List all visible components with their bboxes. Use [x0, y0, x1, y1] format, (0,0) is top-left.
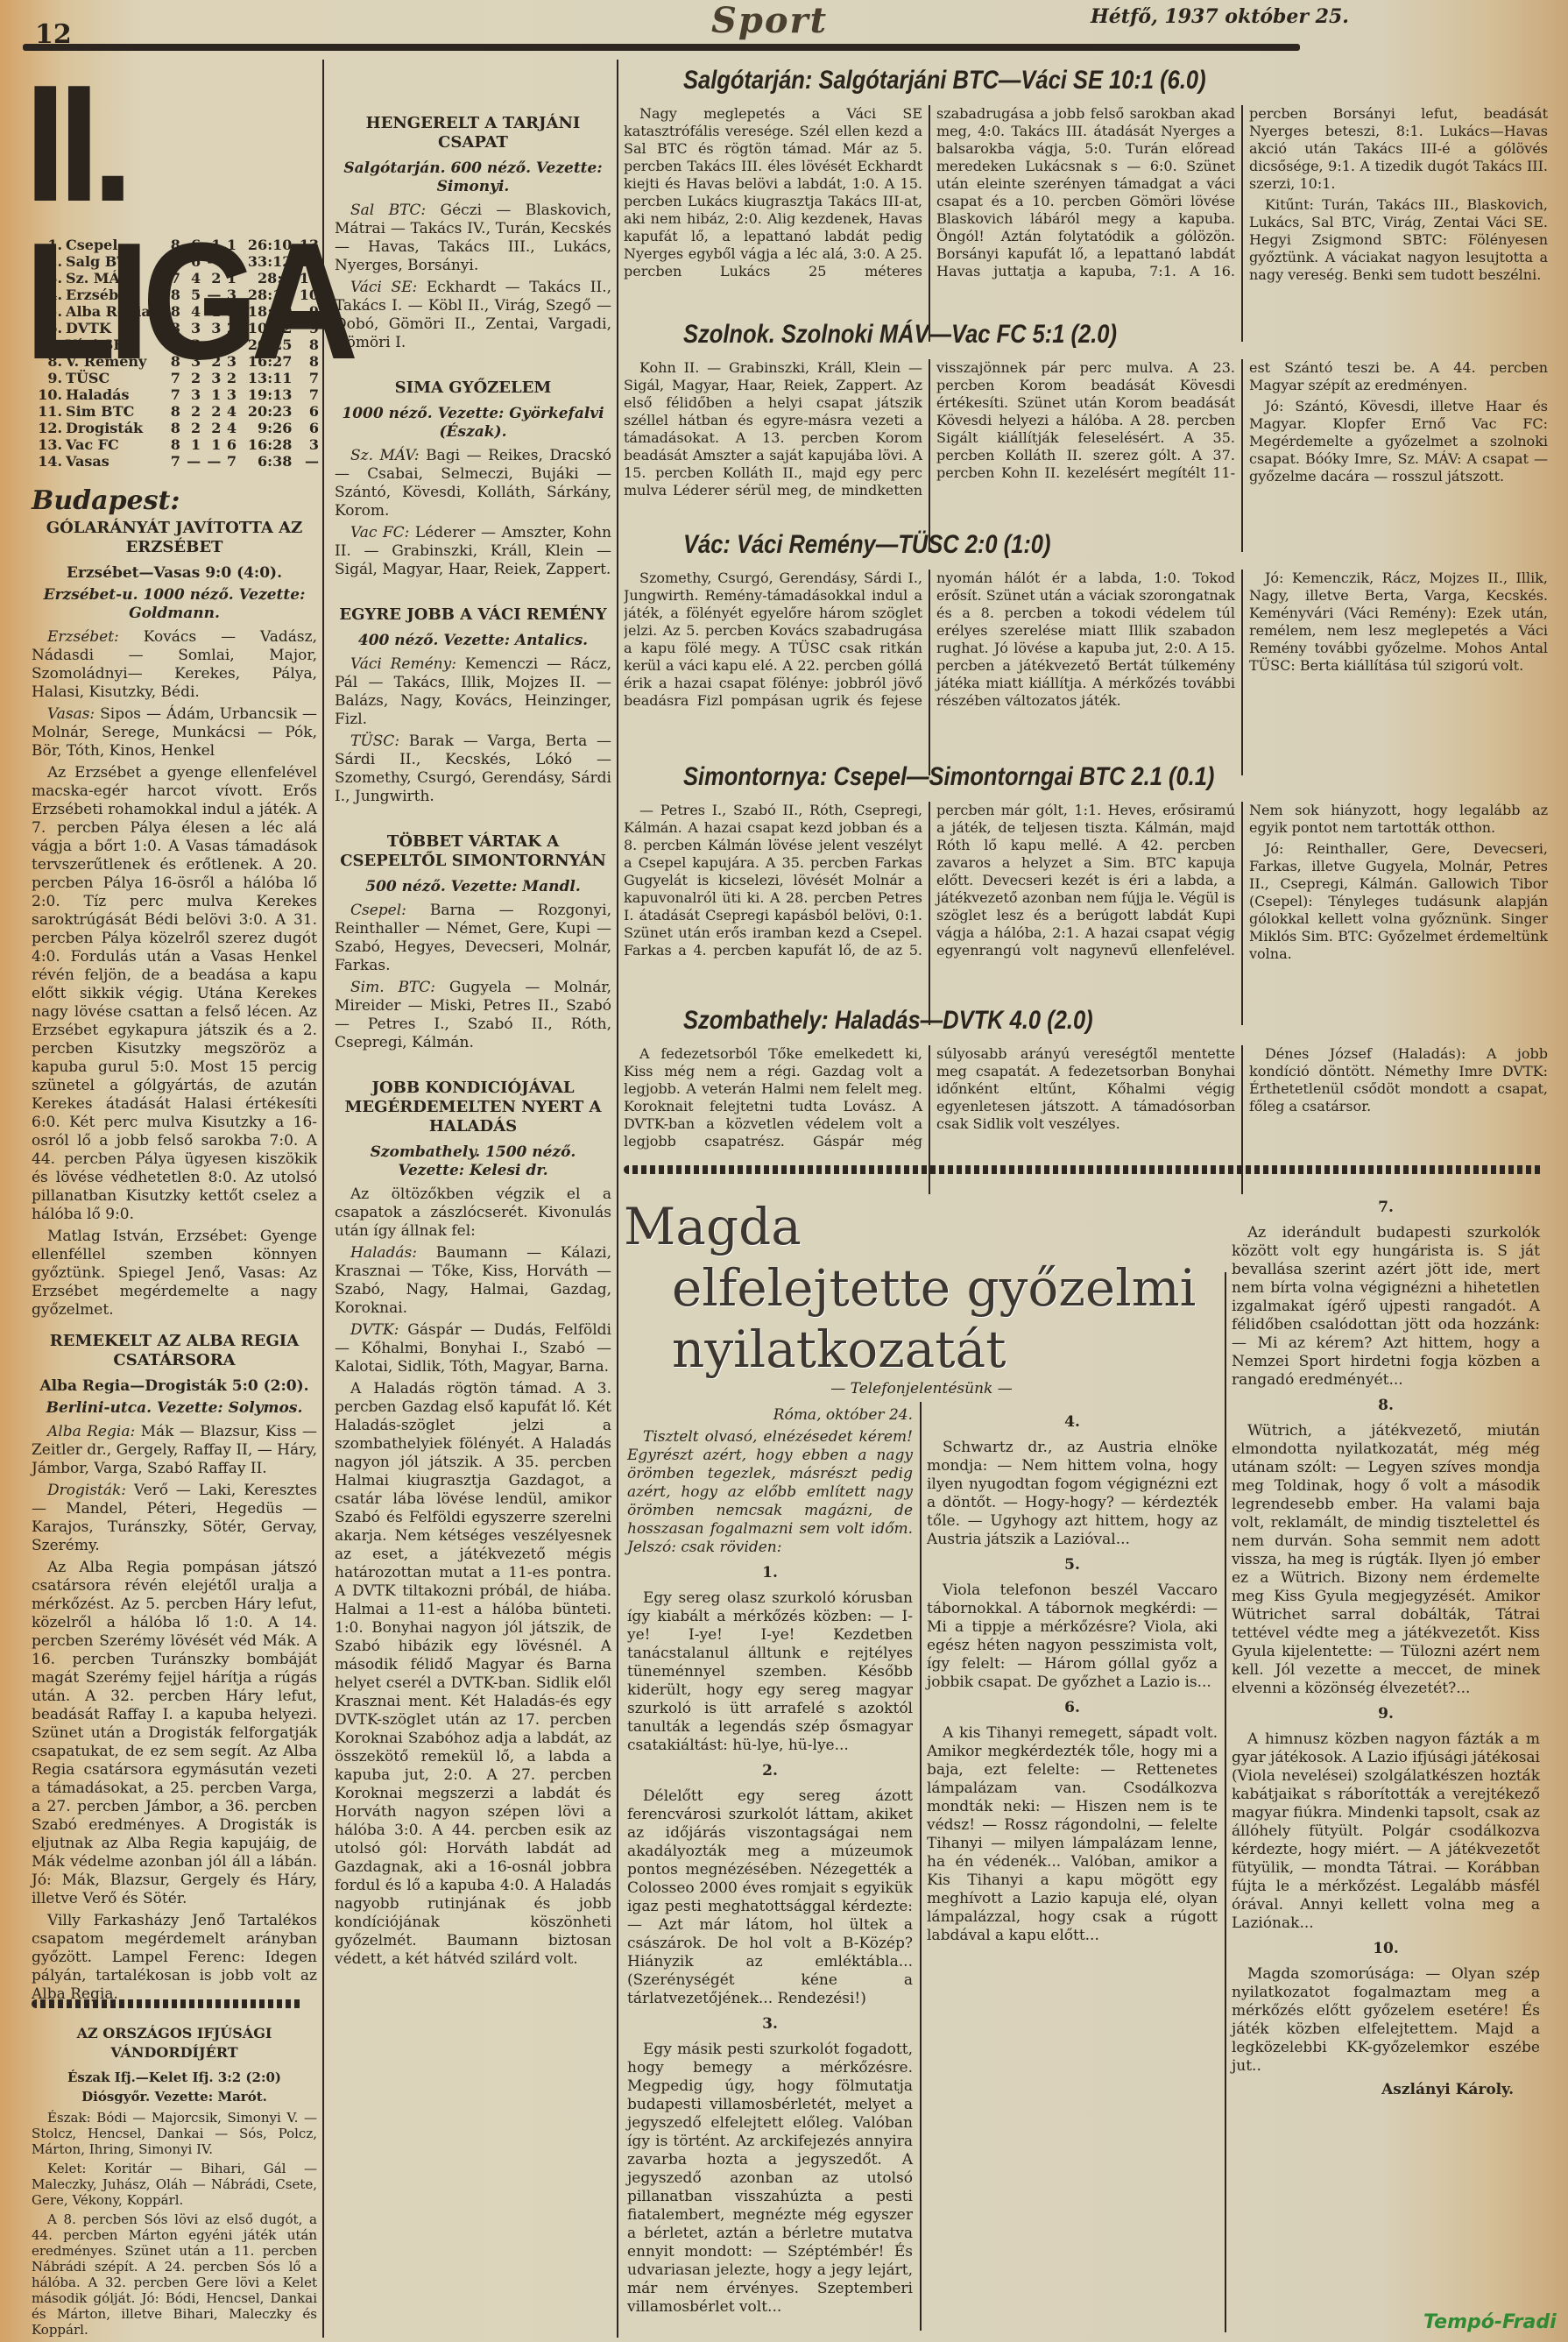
ifjusagi-article: AZ ORSZÁGOS IFJÚSÁGI VÁNDORDÍJÉRT Észak … [32, 2015, 317, 2341]
standings-l: 4 [222, 403, 238, 420]
standings-pts: 10 [293, 287, 321, 303]
standings-team: Vac FC [64, 436, 166, 453]
column-divider [617, 60, 618, 2338]
standings-l: 6 [222, 436, 238, 453]
article-body: Az Alba Regia pompásan játszó csatársora… [32, 1559, 317, 1908]
article-headline: TÖBBET VÁRTAK A CSEPELTŐL SIMONTORNYÁN [335, 832, 611, 871]
standings-w: 3 [182, 336, 202, 353]
magda-source: — Telefonjelentésünk — [624, 1380, 1219, 1398]
article-body: Az öltözőkben végzik el a csapatok a zás… [335, 1185, 611, 1241]
section-number: 7. [1232, 1199, 1540, 1217]
standings-team: TÜSC [64, 370, 166, 386]
match-venue: Diósgyőr. Vezette: Marót. [32, 2089, 317, 2105]
match-headline: Szombathely: Haladás—DVTK 4.0 (2.0) [683, 1006, 1093, 1036]
standings-pos: 10. [32, 386, 64, 403]
standings-p: 8 [166, 403, 182, 420]
wavy-rule [32, 1999, 303, 2008]
standings-l: 3 [222, 303, 238, 320]
magda-col-a: Róma, október 24. Tisztelt olvasó, elnéz… [627, 1406, 913, 2320]
standings-row: 14.Vasas7——76:38— [32, 453, 321, 470]
match-report-body: Kohn II. — Grabinszki, Králl, Klein — Si… [624, 359, 1548, 552]
match-report-body: Szomethy, Csurgó, Gerendásy, Sárdi I., J… [624, 570, 1548, 775]
report-text: A fedezetsorból Tőke emelkedett ki, Kiss… [624, 1045, 1235, 1150]
magda-dateline: Róma, október 24. [627, 1406, 913, 1425]
match-venue: Berlini-utca. Vezette: Solymos. [32, 1399, 317, 1418]
standings-row: 10.Haladás731319:137 [32, 386, 321, 403]
article-headline: REMEKELT AZ ALBA REGIA CSATÁRSORA [32, 1332, 317, 1370]
standings-goals: 16:28 [238, 436, 293, 453]
match-result: Alba Regia—Drogisták 5:0 (2:0). [32, 1377, 317, 1396]
standings-p: 8 [166, 287, 182, 303]
standings-d: 2 [202, 270, 222, 287]
standings-team: Váci SE [64, 336, 166, 353]
standings-team: DVTK [64, 320, 166, 336]
standings-team: Sim BTC [64, 403, 166, 420]
standings-w: 6 [182, 253, 202, 270]
report-notes: Kitűnt: Turán, Takács III., Blaskovich, … [1249, 196, 1548, 284]
masthead-logo: Sport [711, 0, 869, 37]
standings-w: 4 [182, 303, 202, 320]
standings-d: 2 [202, 420, 222, 436]
section-number: 4. [927, 1413, 1218, 1432]
budapest-article: Budapest: GÓLARÁNYÁT JAVÍTOTTA AZ ERZSÉB… [32, 486, 317, 2007]
standings-pts: 7 [293, 386, 321, 403]
wavy-rule [624, 1165, 1543, 1174]
standings-row: 11.Sim BTC822420:236 [32, 403, 321, 420]
standings-p: 8 [166, 237, 182, 253]
standings-l: 7 [222, 453, 238, 470]
standings-l: 3 [222, 287, 238, 303]
standings-team: Sz. MÁV [64, 270, 166, 287]
section-number: 10. [1232, 1940, 1540, 1958]
match-report-body: Nagy meglepetés a Váci SE katasztrófális… [624, 105, 1548, 342]
standings-pos: 11. [32, 403, 64, 420]
match-report-body: — Petres I., Szabó II., Róth, Csepregi, … [624, 802, 1548, 1025]
standings-team: Vasas [64, 453, 166, 470]
section-text: Egy sereg olasz szurkoló kórusban így ki… [627, 1589, 913, 1755]
magda-intro: Tisztelt olvasó, elnézésedet kérem! Egyr… [627, 1428, 913, 1557]
magda-col-c: 7.Az iderándult budapesti szurkolók közö… [1232, 1192, 1540, 2099]
standings-goals: 28:18 [238, 287, 293, 303]
liga-title: II. LIGA [25, 65, 293, 223]
standings-pos: 6. [32, 320, 64, 336]
section-text: Magda szomorúsága: — Olyan szép nyilatko… [1232, 1965, 1540, 2076]
standings-pos: 12. [32, 420, 64, 436]
standings-row: 6.DVTK833210:129 [32, 320, 321, 336]
lineup: Alba Regia: Mák — Blazsur, Kiss — Zeitle… [32, 1423, 317, 1478]
standings-w: — [182, 453, 202, 470]
match-result: Erzsébet—Vasas 9:0 (4:0). [32, 564, 317, 583]
standings-l: 1 [222, 237, 238, 253]
lineup: Haladás: Baumann — Kálazi, Krasznai — Tő… [335, 1244, 611, 1318]
section-text: Egy másik pesti szurkolót fogadott, hogy… [627, 2041, 913, 2317]
watermark: Tempó-Fradi [1423, 2311, 1557, 2333]
standings-goals: 9:26 [238, 420, 293, 436]
standings-row: 12.Drogisták82249:266 [32, 420, 321, 436]
standings-pts: 8 [293, 353, 321, 370]
match-headline: Salgótarján: Salgótarjáni BTC—Váci SE 10… [683, 66, 1206, 96]
standings-w: 2 [182, 420, 202, 436]
lineup: TÜSC: Barak — Varga, Berta — Sárdi II., … [335, 732, 611, 806]
standings-w: 1 [182, 436, 202, 453]
standings-p: 8 [166, 436, 182, 453]
standings-pos: 5. [32, 303, 64, 320]
standings-l: 3 [222, 386, 238, 403]
section-text: Wütrich, a játékvezető, miután elmondott… [1232, 1422, 1540, 1698]
match-venue: 1000 néző. Vezette: Györkefalvi (Észak). [335, 405, 611, 442]
standings-w: 3 [182, 353, 202, 370]
standings-row: 9.TÜSC723213:117 [32, 370, 321, 386]
standings-pos: 14. [32, 453, 64, 470]
standings-d: 3 [202, 320, 222, 336]
standings-team: V. Remény [64, 353, 166, 370]
standings-pts: 10 [293, 270, 321, 287]
standings-w: 4 [182, 270, 202, 287]
dateline: Hétfő, 1937 október 25. [1091, 5, 1349, 28]
standings-w: 3 [182, 386, 202, 403]
article-notes: Matlag István, Erzsébet: Gyenge ellenfél… [32, 1228, 317, 1320]
standings-team: Drogisták [64, 420, 166, 436]
standings-goals: 28:9 [238, 270, 293, 287]
lineup: Sim. BTC: Gugyela — Molnár, Mireider — M… [335, 979, 611, 1052]
standings-w: 5 [182, 287, 202, 303]
lineup: Drogisták: Verő — Laki, Keresztes — Mand… [32, 1482, 317, 1555]
lineup: Csepel: Barna — Rozgonyi, Reinthaller — … [335, 902, 611, 975]
article-headline: AZ ORSZÁGOS IFJÚSÁGI VÁNDORDÍJÉRT [32, 2024, 317, 2063]
column-divider [920, 1402, 922, 2331]
standings-l: 3 [222, 353, 238, 370]
standings-goals: 19:13 [238, 386, 293, 403]
standings-d: 1 [202, 436, 222, 453]
section-text: Délelőtt egy sereg ázott ferencvárosi sz… [627, 1787, 913, 2008]
match-venue: Erzsébet-u. 1000 néző. Vezette: Goldmann… [32, 586, 317, 623]
standings-goals: 26:10 [238, 237, 293, 253]
standings-pts: 7 [293, 370, 321, 386]
standings-goals: 18:10 [238, 303, 293, 320]
report-notes: Jó: Kemenczik, Rácz, Mojzes II., Illik, … [1249, 570, 1548, 675]
match-venue: Szombathely. 1500 néző. Vezette: Kelesi … [335, 1143, 611, 1180]
standings-team: Salg BTC [64, 253, 166, 270]
match-venue: Salgótarján. 600 néző. Vezette: Simonyi. [335, 159, 611, 196]
standings-l: 3 [222, 336, 238, 353]
section-number: 9. [1232, 1705, 1540, 1723]
standings-goals: 13:11 [238, 370, 293, 386]
standings-p: 7 [166, 370, 182, 386]
standings-row: 5.Alba Regia841318:109 [32, 303, 321, 320]
standings-d: 2 [202, 353, 222, 370]
standings-pos: 9. [32, 370, 64, 386]
lineups-column: HENGERELT A TARJÁNI CSAPAT Salgótarján. … [335, 105, 611, 1972]
article-body: A Haladás rögtön támad. A 3. percben Gaz… [335, 1380, 611, 1969]
standings-p: 8 [166, 320, 182, 336]
standings-row: 1.Csepel861126:1013 [32, 237, 321, 253]
lineup: DVTK: Gáspár — Dudás, Felföldi — Kőhalmi… [335, 1321, 611, 1376]
article-headline: HENGERELT A TARJÁNI CSAPAT [335, 114, 611, 152]
standings-p: 8 [166, 353, 182, 370]
standings-pts: 9 [293, 303, 321, 320]
standings-pts: 6 [293, 403, 321, 420]
standings-row: 4.Erzsébet85—328:1810 [32, 287, 321, 303]
standings-goals: 33:12 [238, 253, 293, 270]
standings-p: 7 [166, 386, 182, 403]
article-body: A 8. percben Sós lövi az első dugót, a 4… [32, 2211, 317, 2338]
standings-d: 1 [202, 303, 222, 320]
section-text: A himnusz közben nagyon fázták a m gyar … [1232, 1730, 1540, 1933]
standings-d: 1 [202, 386, 222, 403]
lineup: Sal BTC: Géczi — Blaskovich, Mátrai — Ta… [335, 202, 611, 275]
lineup: Vasas: Sipos — Ádám, Urbancsik — Molnár,… [32, 705, 317, 761]
lineup: Váci SE: Eckhardt — Takács II., Takács I… [335, 279, 611, 352]
standings-pts: — [293, 453, 321, 470]
article-body: Az Erzsébet a gyenge ellenfelével macska… [32, 764, 317, 1224]
standings-p: 8 [166, 336, 182, 353]
standings-goals: 10:12 [238, 320, 293, 336]
standings-d: 1 [202, 237, 222, 253]
article-headline: GÓLARÁNYÁT JAVÍTOTTA AZ ERZSÉBET [32, 519, 317, 557]
standings-team: Alba Regia [64, 303, 166, 320]
standings-goals: 20:23 [238, 403, 293, 420]
report-notes: Jó: Reinthaller, Gere, Devecseri, Farkas… [1249, 840, 1548, 963]
lineup: Vac FC: Léderer — Amszter, Kohn II. — Gr… [335, 524, 611, 579]
section-number: 3. [627, 2015, 913, 2034]
standings-team: Erzsébet [64, 287, 166, 303]
lineup: Váci Remény: Kemenczi — Rácz, Pál — Taká… [335, 655, 611, 729]
standings-d: 2 [202, 403, 222, 420]
section-number: 1. [627, 1564, 913, 1582]
match-venue: 400 néző. Vezette: Antalics. [335, 632, 611, 650]
standings-row: 8.V. Remény832316:278 [32, 353, 321, 370]
section-number: 5. [927, 1556, 1218, 1574]
section-text: A kis Tihanyi remegett, sápadt volt. Ami… [927, 1724, 1218, 1945]
standings-pts: 12 [293, 253, 321, 270]
article-headline: SIMA GYŐZELEM [335, 379, 611, 398]
match-headline: Vác: Váci Remény—TÜSC 2:0 (1:0) [683, 530, 1050, 560]
standings-team: Haladás [64, 386, 166, 403]
lineup: Erzsébet: Kovács — Vadász, Nádasdi — Som… [32, 628, 317, 702]
section-city: Budapest: [32, 492, 317, 510]
standings-pos: 7. [32, 336, 64, 353]
standings-row: 2.Salg BTC86—233:1212 [32, 253, 321, 270]
standings-l: 2 [222, 320, 238, 336]
standings-pts: 8 [293, 336, 321, 353]
standings-d: 2 [202, 336, 222, 353]
standings-d: 3 [202, 370, 222, 386]
standings-p: 7 [166, 453, 182, 470]
standings-w: 2 [182, 370, 202, 386]
standings-l: 2 [222, 370, 238, 386]
match-headline: Simontornya: Csepel—Simontorngai BTC 2.1… [683, 762, 1214, 792]
lineup: Észak: Bódi — Majorcsik, Simonyi V. — St… [32, 2110, 317, 2157]
standings-pts: 6 [293, 420, 321, 436]
magda-headline: Magda elfelejtette győzelmi nyilatkozatá… [624, 1196, 1219, 1380]
standings-pos: 13. [32, 436, 64, 453]
standings-p: 8 [166, 253, 182, 270]
section-number: 8. [1232, 1397, 1540, 1415]
match-venue: 500 néző. Vezette: Mandl. [335, 878, 611, 896]
standings-d: — [202, 253, 222, 270]
standings-l: 2 [222, 253, 238, 270]
magda-col-b: 4.Schwartz dr., az Austria elnöke mondja… [927, 1406, 1218, 1949]
standings-pos: 1. [32, 237, 64, 253]
standings-pos: 3. [32, 270, 64, 287]
match-headline: Szolnok. Szolnoki MÁV—Vac FC 5:1 (2.0) [683, 320, 1117, 350]
article-notes: Villy Farkasházy Jenő Tartalékos csapato… [32, 1912, 317, 2004]
column-divider [322, 60, 324, 2338]
standings-l: 1 [222, 270, 238, 287]
standings-pts: 13 [293, 237, 321, 253]
section-text: Schwartz dr., az Austria elnöke mondja: … [927, 1439, 1218, 1549]
section-text: Viola telefonon beszél Vaccaro tábornokk… [927, 1581, 1218, 1692]
article-headline: EGYRE JOBB A VÁCI REMÉNY [335, 605, 611, 625]
standings-pos: 4. [32, 287, 64, 303]
standings-w: 6 [182, 237, 202, 253]
standings-row: 13.Vac FC811616:283 [32, 436, 321, 453]
section-text: Az iderándult budapesti szurkolók között… [1232, 1224, 1540, 1390]
standings-d: — [202, 453, 222, 470]
standings-pts: 9 [293, 320, 321, 336]
standings-pos: 8. [32, 353, 64, 370]
match-result: Észak Ifj.—Kelet Ifj. 3:2 (2:0) [32, 2070, 317, 2085]
lineup: Sz. MÁV: Bagi — Reikes, Dracskó — Csabai… [335, 447, 611, 520]
standings-p: 8 [166, 420, 182, 436]
report-notes: Jó: Szántó, Kövesdi, illetve Haar és Mag… [1249, 398, 1548, 485]
column-divider [1225, 1272, 1226, 2332]
standings-w: 3 [182, 320, 202, 336]
standings-row: 3.Sz. MÁV742128:910 [32, 270, 321, 287]
standings-row: 7.Váci SE832320:258 [32, 336, 321, 353]
report-notes: Dénes József (Haladás): A jobb kondíció … [1249, 1045, 1548, 1115]
standings-p: 8 [166, 303, 182, 320]
standings-team: Csepel [64, 237, 166, 253]
standings-w: 2 [182, 403, 202, 420]
standings-pos: 2. [32, 253, 64, 270]
newspaper-page: 12 Sport Hétfő, 1937 október 25. II. LIG… [0, 0, 1568, 2342]
standings-goals: 16:27 [238, 353, 293, 370]
standings-goals: 20:25 [238, 336, 293, 353]
top-rule [23, 44, 1300, 51]
standings-l: 4 [222, 420, 238, 436]
article-headline: JOBB KONDICIÓJÁVAL MEGÉRDEMELTEN NYERT A… [335, 1079, 611, 1136]
lineup: Kelet: Koritár — Bihari, Gál — Maleczky,… [32, 2161, 317, 2208]
standings-goals: 6:38 [238, 453, 293, 470]
report-text: Szomethy, Csurgó, Gerendásy, Sárdi I., J… [624, 570, 1235, 710]
standings-pts: 3 [293, 436, 321, 453]
section-number: 6. [927, 1699, 1218, 1717]
standings-table: 1.Csepel861126:10132.Salg BTC86—233:1212… [32, 237, 321, 470]
article-author: Aszlányi Károly. [1232, 2081, 1514, 2099]
standings-p: 7 [166, 270, 182, 287]
standings-d: — [202, 287, 222, 303]
section-number: 2. [627, 1762, 913, 1780]
